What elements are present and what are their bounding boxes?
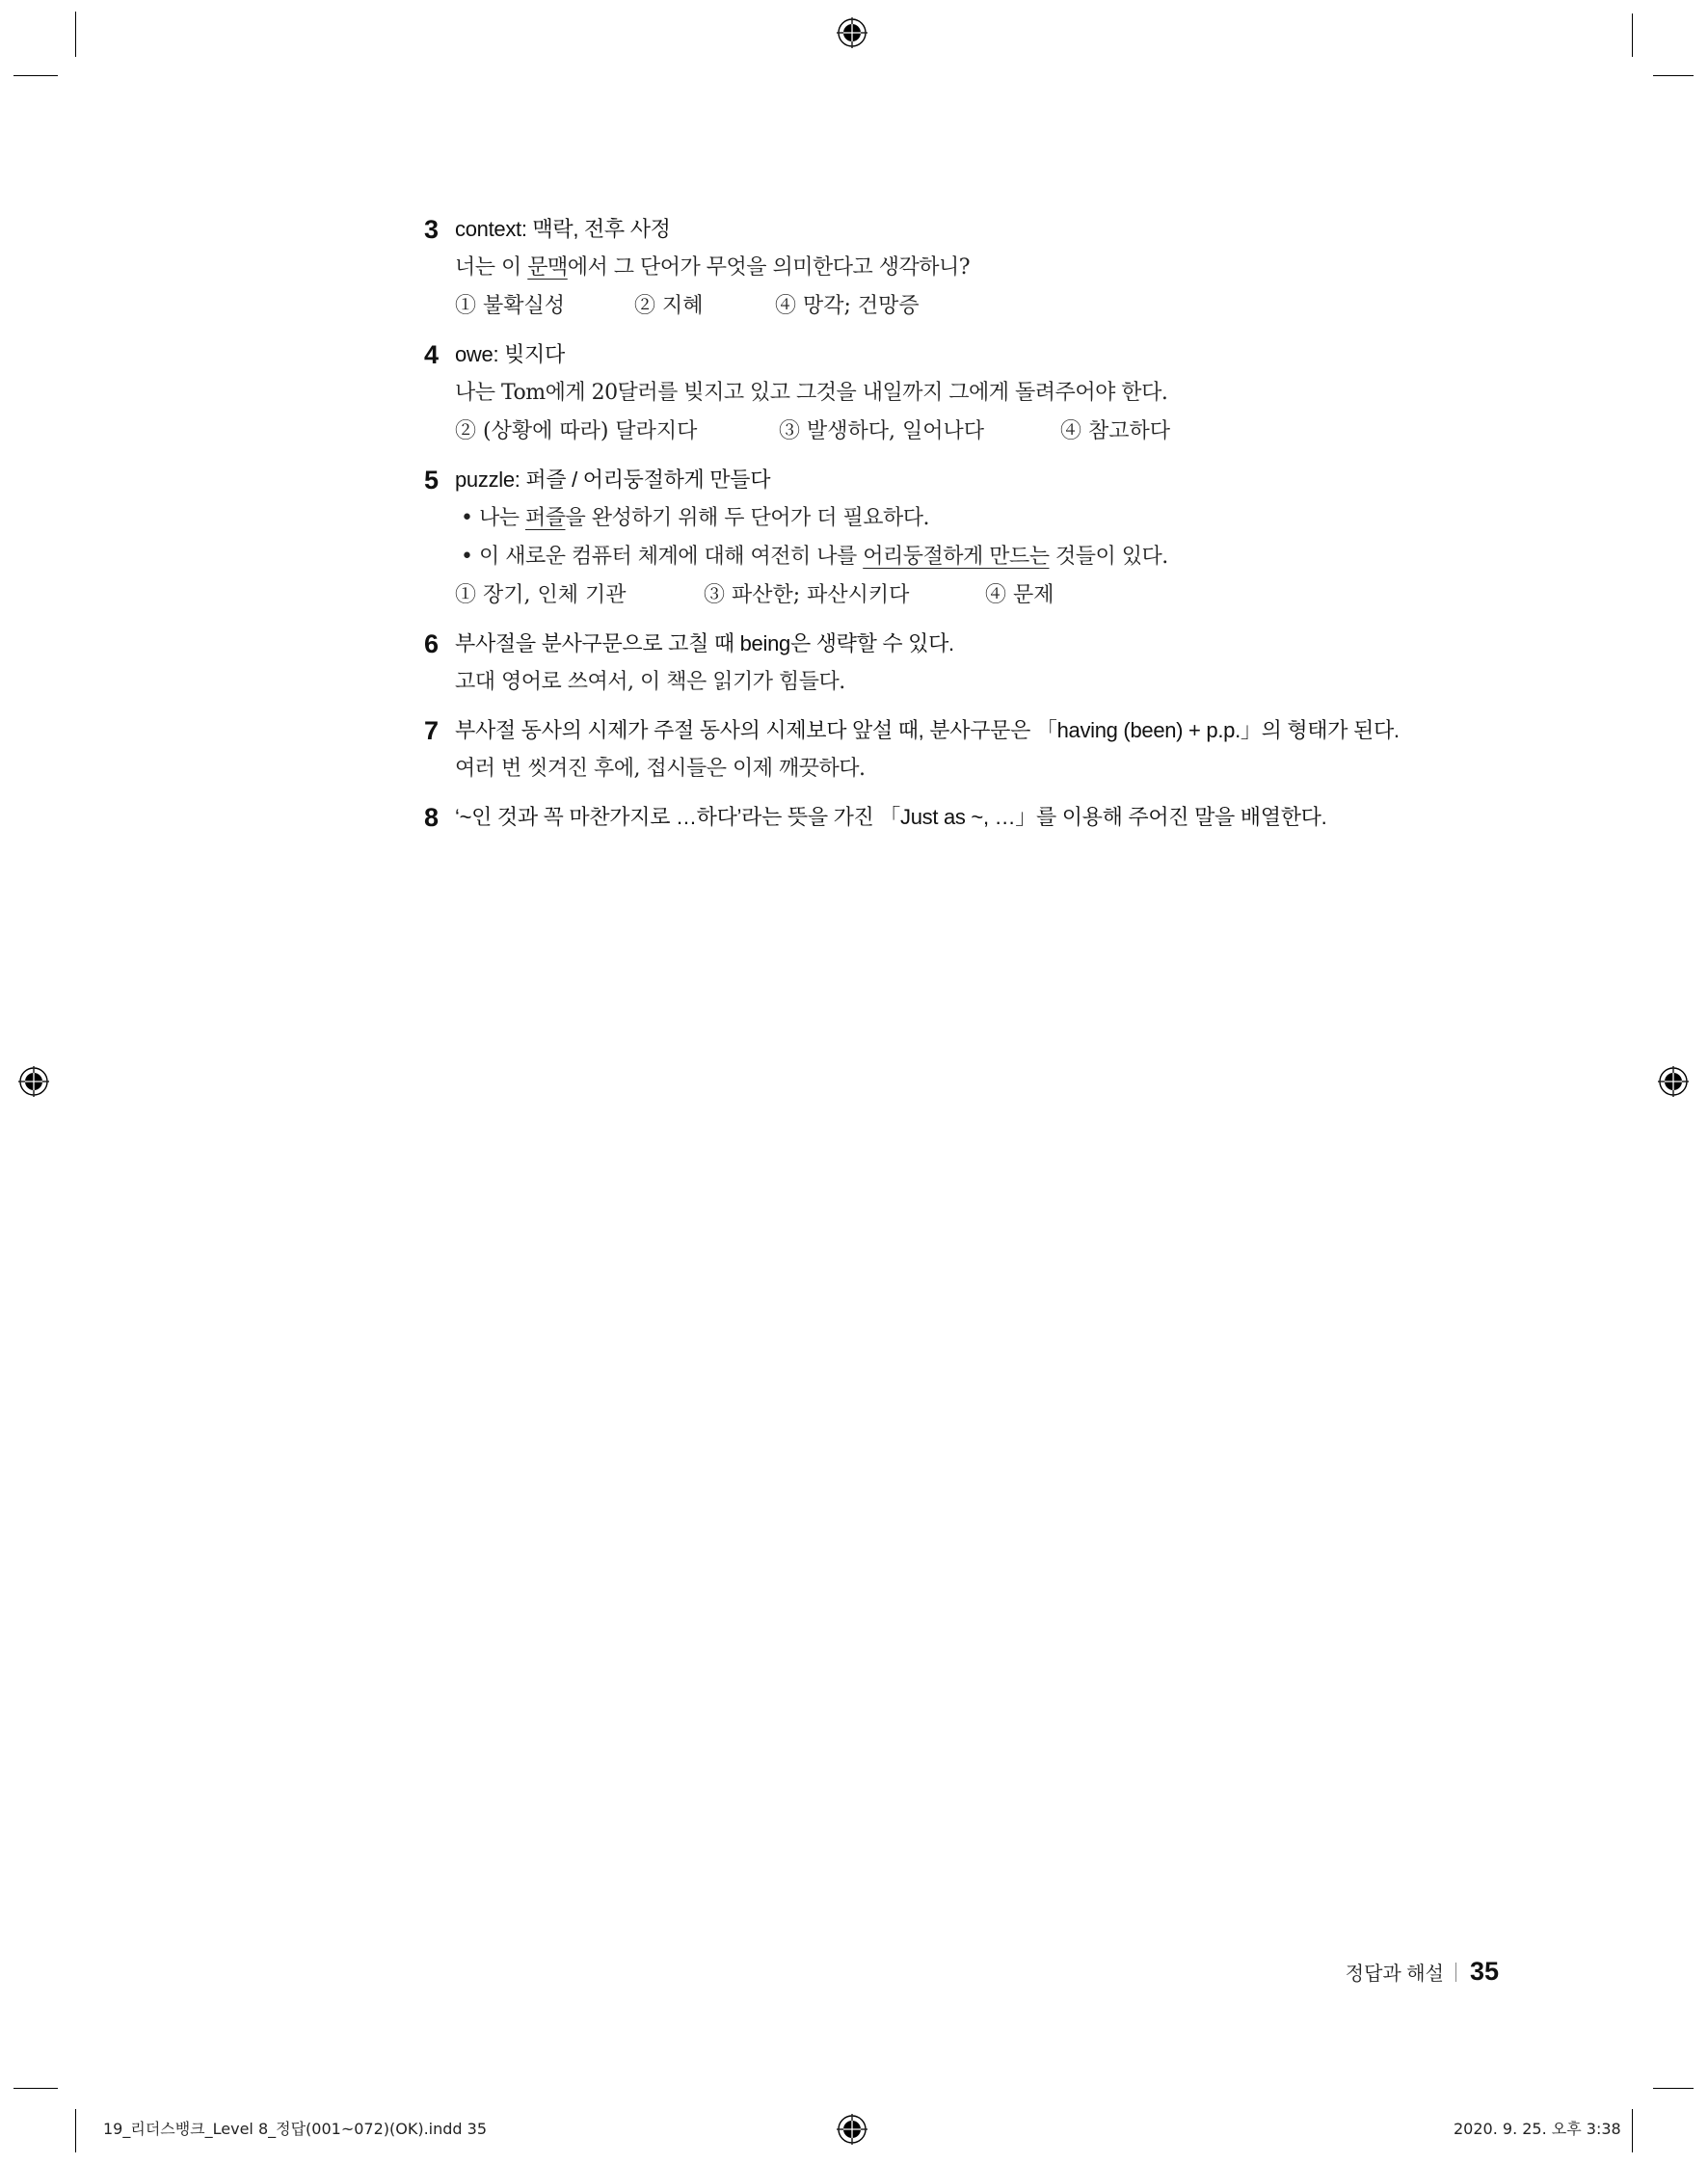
choice-glosses: ① 불확실성② 지혜④ 망각; 건망증 [455, 287, 920, 326]
example-sentence: 나는 Tom에게 20달러를 빚지고 있고 그것을 내일까지 그에게 돌려주어야… [455, 374, 1167, 413]
underlined-word: 퍼즐 [525, 506, 566, 530]
choice-gloss: ③ 발생하다, 일어나다 [779, 413, 1060, 451]
item-heading: ‘~인 것과 꼭 마찬가지로 …하다’라는 뜻을 가진 「Just as ~, … [455, 798, 1326, 837]
sentence-text: 을 완성하기 위해 두 단어가 더 필요하다. [565, 506, 929, 530]
registration-mark-bottom-icon [836, 2113, 868, 2146]
item-heading: 부사절 동사의 시제가 주절 동사의 시제보다 앞설 때, 분사구문은 「hav… [455, 711, 1400, 750]
choice-gloss: ① 불확실성 [455, 287, 634, 326]
choice-gloss: ④ 참고하다 [1060, 413, 1170, 451]
example-sentence: 여러 번 씻겨진 후에, 접시들은 이제 깨끗하다. [455, 750, 865, 788]
footer-divider [1455, 1963, 1456, 1982]
page-footer: 정답과 해설 35 [1346, 1957, 1499, 1987]
item-number: 7 [424, 711, 451, 750]
item-number: 8 [424, 798, 451, 837]
sentence-text: 에서 그 단어가 무엇을 의미한다고 생각하니? [568, 255, 970, 280]
crop-mark-top-right-horizontal [1653, 75, 1694, 76]
example-sentence: 고대 영어로 쓰여서, 이 책은 읽기가 힘들다. [455, 663, 845, 702]
item-number: 3 [424, 210, 451, 249]
crop-mark-bottom-right-vertical [1632, 2109, 1633, 2152]
item-heading: owe: 빚지다 [455, 335, 565, 374]
choice-gloss: ③ 파산한; 파산시키다 [704, 576, 985, 615]
item-3: 3 context: 맥락, 전후 사정 너는 이 문맥에서 그 단어가 무엇을… [424, 210, 1494, 326]
example-bullet: • 나는 퍼즐을 완성하기 위해 두 단어가 더 필요하다. [461, 499, 929, 538]
item-5: 5 puzzle: 퍼즐 / 어리둥절하게 만들다 • 나는 퍼즐을 완성하기 … [424, 461, 1494, 615]
underlined-word: 어리둥절하게 만드는 [863, 545, 1049, 569]
item-4: 4 owe: 빚지다 나는 Tom에게 20달러를 빚지고 있고 그것을 내일까… [424, 335, 1494, 451]
item-number: 6 [424, 625, 451, 663]
crop-mark-bottom-left-horizontal [13, 2088, 58, 2089]
item-heading: context: 맥락, 전후 사정 [455, 210, 671, 249]
section-title: 정답과 해설 [1346, 1958, 1444, 1986]
choice-gloss: ② (상황에 따라) 달라지다 [455, 413, 779, 451]
page-number: 35 [1470, 1957, 1499, 1987]
crop-mark-top-right-vertical [1632, 13, 1633, 57]
choice-glosses: ② (상황에 따라) 달라지다③ 발생하다, 일어나다④ 참고하다 [455, 413, 1170, 451]
item-heading: puzzle: 퍼즐 / 어리둥절하게 만들다 [455, 461, 770, 499]
crop-mark-bottom-right-horizontal [1653, 2088, 1694, 2089]
item-number: 5 [424, 461, 451, 499]
crop-mark-bottom-left-vertical [75, 2109, 76, 2152]
sentence-text: • 나는 [461, 506, 525, 530]
item-6: 6 부사절을 분사구문으로 고칠 때 being은 생략할 수 있다. 고대 영… [424, 625, 1494, 702]
sentence-text: • 이 새로운 컴퓨터 체계에 대해 여전히 나를 [461, 545, 863, 569]
choice-gloss: ④ 망각; 건망증 [775, 287, 920, 326]
underlined-word: 문맥 [527, 255, 568, 280]
sentence-text: 것들이 있다. [1049, 545, 1167, 569]
choice-gloss: ② 지혜 [634, 287, 775, 326]
item-heading: 부사절을 분사구문으로 고칠 때 being은 생략할 수 있다. [455, 625, 954, 663]
crop-mark-top-left-horizontal [13, 75, 58, 76]
choice-glosses: ① 장기, 인체 기관③ 파산한; 파산시키다④ 문제 [455, 576, 1054, 615]
choice-gloss: ① 장기, 인체 기관 [455, 576, 704, 615]
registration-mark-right-icon [1657, 1065, 1690, 1098]
answer-explanations: 3 context: 맥락, 전후 사정 너는 이 문맥에서 그 단어가 무엇을… [424, 210, 1494, 846]
registration-mark-top-icon [836, 16, 868, 49]
slug-timestamp: 2020. 9. 25. 오후 3:38 [1454, 2117, 1621, 2139]
crop-mark-top-left-vertical [75, 12, 76, 57]
item-8: 8 ‘~인 것과 꼭 마찬가지로 …하다’라는 뜻을 가진 「Just as ~… [424, 798, 1494, 837]
sentence-text: 너는 이 [455, 255, 527, 280]
example-sentence: 너는 이 문맥에서 그 단어가 무엇을 의미한다고 생각하니? [455, 249, 970, 287]
item-7: 7 부사절 동사의 시제가 주절 동사의 시제보다 앞설 때, 분사구문은 「h… [424, 711, 1494, 788]
choice-gloss: ④ 문제 [985, 576, 1054, 615]
example-bullet: • 이 새로운 컴퓨터 체계에 대해 여전히 나를 어리둥절하게 만드는 것들이… [461, 538, 1168, 576]
registration-mark-left-icon [17, 1065, 50, 1098]
item-number: 4 [424, 335, 451, 374]
slug-filename: 19_리더스뱅크_Level 8_정답(001~072)(OK).indd 35 [103, 2117, 487, 2139]
